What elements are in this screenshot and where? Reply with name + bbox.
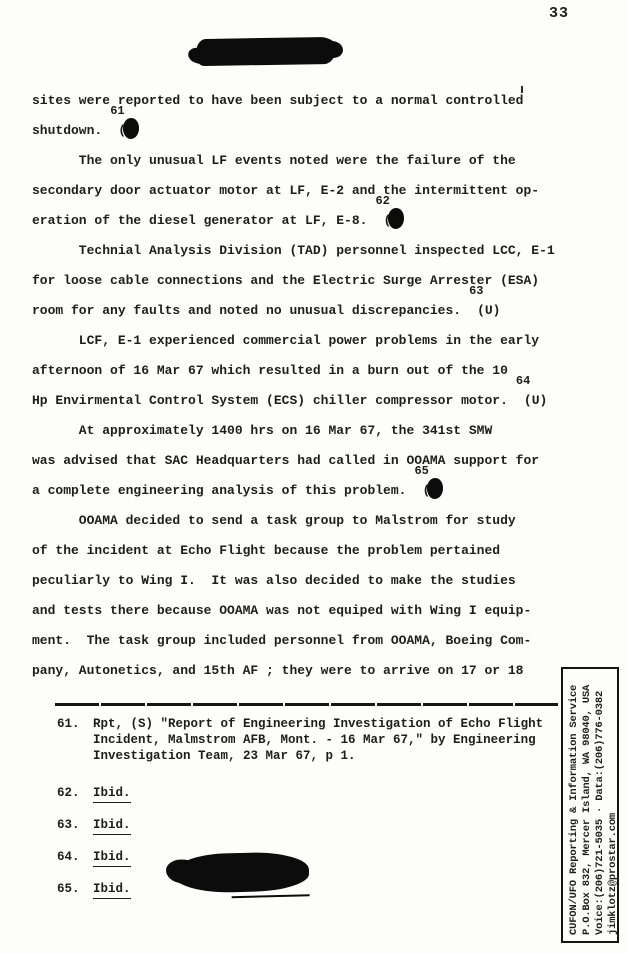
footnote-ref: 63 (469, 285, 483, 297)
text-line: room for any faults and noted no unusual… (32, 296, 597, 326)
document-page: 33 sites were reported to have been subj… (0, 0, 627, 953)
cufon-stamp-line: CUFON/UFO Reporting & Information Servic… (568, 673, 581, 935)
line-text: of the incident at Echo Flight because t… (32, 543, 500, 558)
redaction-dot-icon (388, 208, 404, 229)
cufon-stamp-line: Voice:(206)721-5035 · Data:(206)776-0382 (594, 673, 607, 935)
footnote-text: Ibid. (93, 881, 131, 899)
footnote-item: 65.Ibid. (57, 881, 562, 899)
footnote-line: Ibid. (93, 817, 131, 835)
redacted-classification-mark: 65( (422, 476, 443, 506)
footnote-number: 62. (57, 785, 93, 803)
footnote-item: 63.Ibid. (57, 817, 562, 835)
cufon-stamp-line: jimklotz@prostar.com (607, 673, 620, 935)
line-text: a complete engineering analysis of this … (32, 483, 406, 498)
line-text: OOAMA decided to send a task group to Ma… (32, 513, 516, 528)
underlined-text: Ibid. (93, 881, 131, 899)
cufon-stamp-text: CUFON/UFO Reporting & Information Servic… (568, 673, 620, 935)
footnote-number: 61. (57, 716, 93, 764)
redaction-dot-icon (123, 118, 139, 139)
line-text: pany, Autonetics, and 15th AF ; they wer… (32, 663, 523, 678)
line-text: Technial Analysis Division (TAD) personn… (32, 243, 555, 258)
line-text: room for any faults and noted no unusual… (32, 303, 461, 318)
redaction-dot-icon (427, 478, 443, 499)
cufon-stamp-line: P.O.Box 832, Mercer Island, WA 98040, US… (581, 673, 594, 935)
line-text: ment. The task group included personnel … (32, 633, 531, 648)
line-text: secondary door actuator motor at LF, E-2… (32, 183, 539, 198)
text-line: for loose cable connections and the Elec… (32, 266, 597, 296)
footnote-line: Investigation Team, 23 Mar 67, p 1. (93, 748, 543, 764)
text-line: ment. The task group included personnel … (32, 626, 597, 656)
footnote-item: 61.Rpt, (S) "Report of Engineering Inves… (57, 716, 562, 764)
footnote-line: Ibid. (93, 849, 131, 867)
footnote-ref: 64 (516, 375, 530, 387)
text-line: and tests there because OOAMA was not eq… (32, 596, 597, 626)
footnote-number: 64. (57, 849, 93, 867)
text-line: At approximately 1400 hrs on 16 Mar 67, … (32, 416, 597, 446)
line-text: sites were reported to have been subject… (32, 93, 523, 108)
line-text: At approximately 1400 hrs on 16 Mar 67, … (32, 423, 492, 438)
text-line: LCF, E-1 experienced commercial power pr… (32, 326, 597, 356)
footnote-text: Ibid. (93, 849, 131, 867)
footnote-number: 65. (57, 881, 93, 899)
text-line: Technial Analysis Division (TAD) personn… (32, 236, 597, 266)
line-text: LCF, E-1 experienced commercial power pr… (32, 333, 539, 348)
text-line: eration of the diesel generator at LF, E… (32, 206, 597, 236)
redacted-classification-mark: 62( (383, 206, 404, 236)
footnote-ref: 65 (414, 465, 428, 477)
redaction-stamp-top-icon (196, 37, 336, 66)
text-line: pany, Autonetics, and 15th AF ; they wer… (32, 656, 597, 686)
text-line: a complete engineering analysis of this … (32, 476, 597, 506)
classification-mark: 63(U) (477, 296, 500, 326)
underlined-text: Ibid. (93, 849, 131, 867)
line-text: Hp Envirmental Control System (ECS) chil… (32, 393, 508, 408)
footnote-line: Rpt, (S) "Report of Engineering Investig… (93, 716, 543, 732)
underlined-text: Ibid. (93, 785, 131, 803)
footnotes: 61.Rpt, (S) "Report of Engineering Inves… (57, 716, 562, 899)
footnote-ref: 62 (375, 195, 389, 207)
footnote-line: Ibid. (93, 785, 131, 803)
footnote-line: Ibid. (93, 881, 131, 899)
underlined-text: Ibid. (93, 817, 131, 835)
text-line: of the incident at Echo Flight because t… (32, 536, 597, 566)
cufon-stamp-box: CUFON/UFO Reporting & Information Servic… (561, 667, 619, 943)
footnote-ref: 61 (110, 105, 124, 117)
text-line: afternoon of 16 Mar 67 which resulted in… (32, 356, 597, 386)
text-line: peculiarly to Wing I. It was also decide… (32, 566, 597, 596)
line-text: peculiarly to Wing I. It was also decide… (32, 573, 516, 588)
footnote-separator-rule (55, 703, 558, 706)
line-text: The only unusual LF events noted were th… (32, 153, 516, 168)
body-text: sites were reported to have been subject… (32, 86, 597, 686)
footnote-item: 62.Ibid. (57, 785, 562, 803)
line-text: for loose cable connections and the Elec… (32, 273, 539, 288)
line-text: afternoon of 16 Mar 67 which resulted in… (32, 363, 508, 378)
line-text: shutdown. (32, 123, 102, 138)
footnote-text: Ibid. (93, 785, 131, 803)
text-line: OOAMA decided to send a task group to Ma… (32, 506, 597, 536)
footnote-text: Ibid. (93, 817, 131, 835)
line-text: and tests there because OOAMA was not eq… (32, 603, 531, 618)
text-line: secondary door actuator motor at LF, E-2… (32, 176, 597, 206)
classification-mark: 64(U) (524, 386, 547, 416)
footnote-item: 64.Ibid. (57, 849, 562, 867)
page-number: 33 (549, 5, 569, 22)
text-line: was advised that SAC Headquarters had ca… (32, 446, 597, 476)
text-line: Hp Envirmental Control System (ECS) chil… (32, 386, 597, 416)
text-line: shutdown.61( (32, 116, 597, 146)
footnote-line: Incident, Malmstrom AFB, Mont. - 16 Mar … (93, 732, 543, 748)
footnote-number: 63. (57, 817, 93, 835)
line-text: was advised that SAC Headquarters had ca… (32, 453, 539, 468)
redacted-classification-mark: 61( (118, 116, 139, 146)
line-text: eration of the diesel generator at LF, E… (32, 213, 367, 228)
footnote-text: Rpt, (S) "Report of Engineering Investig… (93, 716, 543, 764)
text-line: The only unusual LF events noted were th… (32, 146, 597, 176)
